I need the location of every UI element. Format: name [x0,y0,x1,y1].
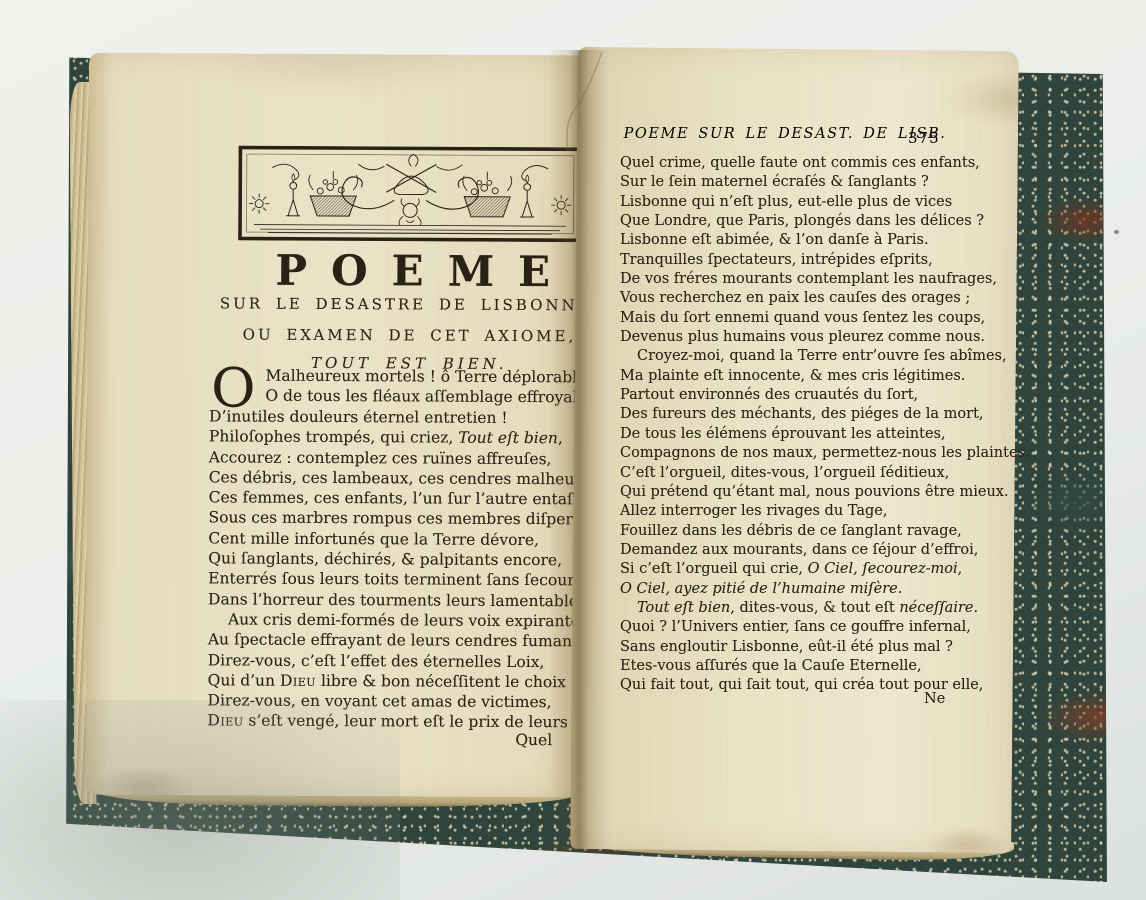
right-poem-body: Quel crime, quelle faute ont commis ces … [620,154,1030,696]
headpiece-ornament-icon [238,146,582,243]
catchword-right: Ne [924,691,945,707]
running-header: POEME SUR LE DESAST. DE LISB. [620,126,950,142]
page-number: 375 [908,129,940,147]
poem-line: O Ciel, ayez pitié de l’humaine miſère. [620,580,1030,599]
poem-line: Tranquilles ſpectateurs, intrépides eſpr… [620,251,1030,270]
background-speck [1114,230,1119,234]
poem-line: C’eſt l’orgueil, dites-vous, l’orgueil ſ… [620,464,1030,483]
poem-line: Si c’eſt l’orgueil qui crie, O Ciel, ſec… [620,560,1030,579]
poem-line: Devenus plus humains vous pleurez comme … [620,328,1030,347]
poem-line: Ma plainte eſt innocente, & mes cris lég… [620,367,1030,386]
poem-line: Qui fait tout, qui ſait tout, qui créa t… [620,676,1030,695]
poem-line: Lisbonne qui n’eſt plus, eut-elle plus d… [620,193,1030,212]
poem-line: Partout environnés des cruautés du ſort, [620,386,1030,405]
poem-line: Sur le ſein maternel écraſés & ſanglants… [620,173,1030,192]
open-book: POEME SUR LE DESASTRE DE LISBONNE, OU EX… [62,32,1108,888]
poem-line: Des fureurs des méchants, des piéges de … [620,405,1030,424]
poem-line: De vos fréres mourants contemplant les n… [620,270,1030,289]
poem-line: Sans engloutir Lisbonne, eût-il été plus… [620,638,1030,657]
poem-line: Qui prétend qu’étant mal, nous pouvions … [620,483,1030,502]
poem-line: Que Londre, que Paris, plongés dans les … [620,212,1030,231]
poem-line: Quoi ? l’Univers entier, ſans ce gouffre… [620,618,1030,637]
poem-line: Demandez aux mourants, dans ce ſéjour d’… [620,541,1030,560]
catchword-left: Quel [515,731,552,749]
drop-cap: O [209,365,266,409]
photo-scene: POEME SUR LE DESASTRE DE LISBONNE, OU EX… [0,0,1146,900]
book-gutter-shadow [548,50,610,850]
poem-line: Etes-vous aſſurés que la Cauſe Eternelle… [620,657,1030,676]
poem-line: Compagnons de nos maux, permettez-nous l… [620,444,1030,463]
poem-line: Fouillez dans les débris de ce ſanglant … [620,522,1030,541]
poem-line: Mais du ſort ennemi quand vous ſentez le… [620,309,1030,328]
poem-line: Tout eſt bien, dites-vous, & tout eſt né… [620,599,1030,618]
poem-line: Vous recherchez en paix les cauſes des o… [620,289,1030,308]
poem-line: Allez interroger les rivages du Tage, [620,502,1030,521]
poem-line: Lisbonne eſt abimée, & l’on danſe à Pari… [620,231,1030,250]
poem-line: Croyez-moi, quand la Terre entr’ouvre ſe… [620,347,1030,366]
left-page: POEME SUR LE DESASTRE DE LISBONNE, OU EX… [85,53,581,798]
poem-line: De tous les élémens éprouvant les attein… [620,425,1030,444]
poem-line: Quel crime, quelle faute ont commis ces … [620,154,1030,173]
